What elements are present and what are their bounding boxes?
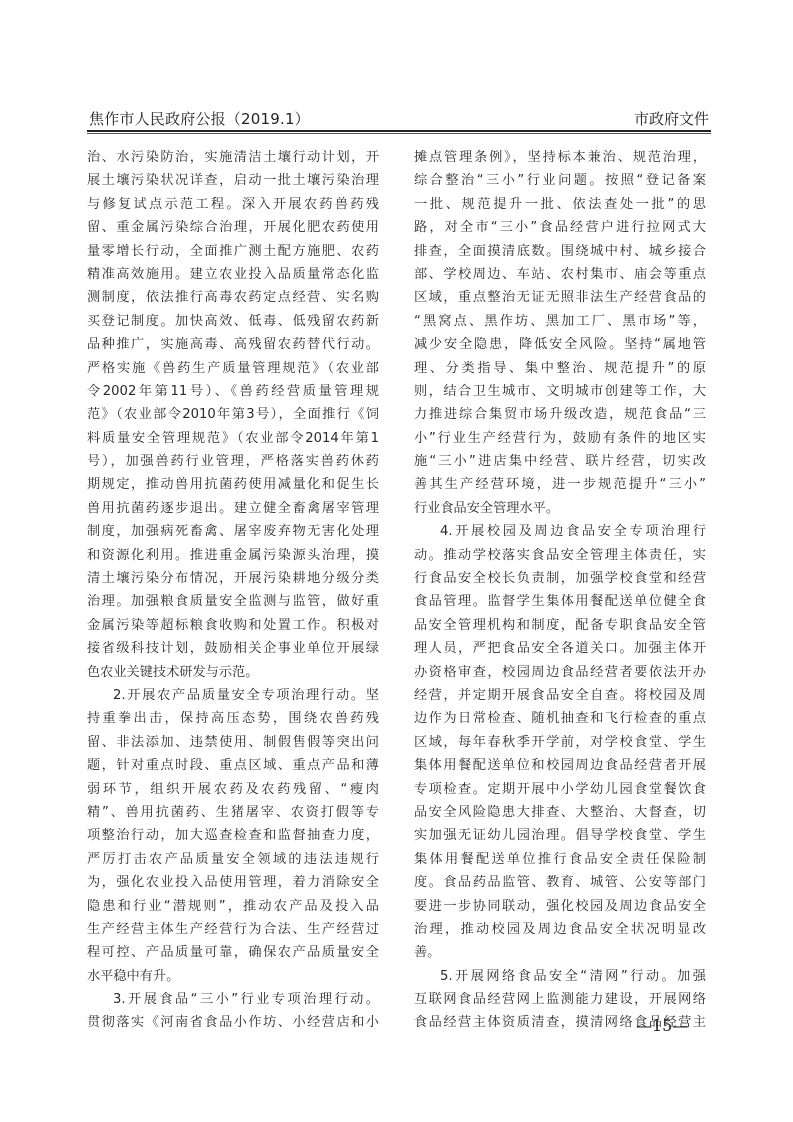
text-line: 度。食品药品监管、教育、城管、公安等部门	[414, 871, 706, 894]
text-line: 品种推广，实施高毒、高残留农药替代行动。	[87, 333, 379, 356]
text-line: 令2002年第11号）、《兽药经营质量管理规	[87, 380, 379, 403]
text-line: 排查，全面摸清底数。围绕城中村、城乡接合	[414, 240, 706, 263]
paragraph-heading-line: 4.开展校园及周边食品安全专项治理行	[414, 520, 706, 543]
paragraph-heading-line: 3.开展食品“三小”行业专项治理行动。	[87, 988, 379, 1011]
text-line: 贯彻落实《河南省食品小作坊、小经营店和小	[87, 1011, 379, 1034]
section-label: 市政府文件	[634, 108, 709, 129]
text-line: 品安全风险隐患大排查、大整治、大督查，切	[414, 801, 706, 824]
text-line: 食品管理。监督学生集体用餐配送单位健全食	[414, 590, 706, 613]
text-line: 严厉打击农产品质量安全领域的违法违规行	[87, 848, 379, 871]
text-line: 集体用餐配送单位和校园周边食品经营者开展	[414, 754, 706, 777]
text-line: 买登记制度。加快高效、低毒、低残留农药新	[87, 310, 379, 333]
text-line: 精”、兽用抗菌药、生猪屠宰、农资打假等专	[87, 801, 379, 824]
text-line: 理、分类指导、集中整治、规范提升”的原	[414, 357, 706, 380]
text-line: 量零增长行动，全面推广测土配方施肥、农药	[87, 240, 379, 263]
text-line: 隐患和行业“潜规则”，推动农产品及投入品	[87, 895, 379, 918]
text-line: 测制度，依法推行高毒农药定点经营、实名购	[87, 286, 379, 309]
text-line: 留、非法添加、违禁使用、制假售假等突出问	[87, 731, 379, 754]
right-column: 摊点管理条例》，坚持标本兼治、规范治理，综合整治“三小”行业问题。按照“登记备案…	[414, 146, 706, 1035]
text-line: 兽用抗菌药逐步退出。建立健全畜禽屠宰管理	[87, 497, 379, 520]
text-line: 行食品安全校长负责制，加强学校食堂和经营	[414, 567, 706, 590]
header-rule	[87, 130, 711, 132]
text-line: 留、重金属污染综合治理，开展化肥农药使用	[87, 216, 379, 239]
text-line: 严格实施《兽药生产质量管理规范》（农业部	[87, 357, 379, 380]
running-header: 焦作市人民政府公报（2019.1） 市政府文件	[87, 106, 711, 130]
header-rule-thin	[87, 133, 711, 134]
text-line: 集体用餐配送单位推行食品安全责任保险制	[414, 848, 706, 871]
text-line: 品安全管理机构和制度，配备专职食品安全管	[414, 614, 706, 637]
text-line: 善。	[414, 941, 706, 964]
text-line: “黑窝点、黑作坊、黑加工厂、黑市场”等，	[414, 310, 706, 333]
text-line: 治理，推动校园及周边食品安全状况明显改	[414, 918, 706, 941]
text-line: 弱环节，组织开展农药及农药残留、“瘦肉	[87, 778, 379, 801]
text-line: 色农业关键技术研发与示范。	[87, 661, 379, 684]
text-line: 程可控、产品质量可靠，确保农产品质量安全	[87, 941, 379, 964]
text-line: 一批、规范提升一批、依法查处一批”的思	[414, 193, 706, 216]
text-line: 区域，重点整治无证无照非法生产经营食品的	[414, 286, 706, 309]
text-line: 办资格审查，校园周边食品经营者要依法开办	[414, 661, 706, 684]
text-line: 项整治行动，加大巡查检查和监督抽查力度，	[87, 824, 379, 847]
text-line: 水平稳中有升。	[87, 965, 379, 988]
text-line: 小”行业生产经营行为，鼓励有条件的地区实	[414, 427, 706, 450]
text-line: 动。推动学校落实食品安全管理主体责任，实	[414, 544, 706, 567]
text-line: 范》（农业部令2010年第3号），全面推行《饲	[87, 403, 379, 426]
text-line: 善其生产经营环境，进一步规范提升“三小”	[414, 473, 706, 496]
text-line: 经营，并定期开展食品安全自查。将校园及周	[414, 684, 706, 707]
text-line: 治理。加强粮食质量安全监测与监管，做好重	[87, 590, 379, 613]
text-line: 部、学校周边、车站、农村集市、庙会等重点	[414, 263, 706, 286]
paragraph-heading-line: 5.开展网络食品安全“清网”行动。加强	[414, 965, 706, 988]
paragraph-heading-line: 2.开展农产品质量安全专项治理行动。坚	[87, 684, 379, 707]
text-line: 展土壤污染状况详查，启动一批土壤污染治理	[87, 169, 379, 192]
text-line: 精准高效施用。建立农业投入品质量常态化监	[87, 263, 379, 286]
text-line: 号），加强兽药行业管理，严格落实兽药休药	[87, 450, 379, 473]
page-number: —15—	[636, 1016, 688, 1035]
text-line: 路，对全市“三小”食品经营户进行拉网式大	[414, 216, 706, 239]
text-line: 期规定，推动兽用抗菌药使用减量化和促生长	[87, 473, 379, 496]
journal-title: 焦作市人民政府公报（2019.1）	[89, 108, 310, 129]
text-line: 金属污染等超标粮食收购和处置工作。积极对	[87, 614, 379, 637]
text-line: 题，针对重点时段、重点区域、重点产品和薄	[87, 754, 379, 777]
text-line: 实加强无证幼儿园治理。倡导学校食堂、学生	[414, 824, 706, 847]
text-line: 与修复试点示范工程。深入开展农药兽药残	[87, 193, 379, 216]
text-line: 则，结合卫生城市、文明城市创建等工作，大	[414, 380, 706, 403]
text-line: 生产经营主体生产经营行为合法、生产经营过	[87, 918, 379, 941]
text-line: 综合整治“三小”行业问题。按照“登记备案	[414, 169, 706, 192]
text-line: 专项检查。定期开展中小学幼儿园食堂餐饮食	[414, 778, 706, 801]
text-line: 互联网食品经营网上监测能力建设，开展网络	[414, 988, 706, 1011]
text-line: 持重拳出击，保持高压态势，围绕农兽药残	[87, 707, 379, 730]
text-line: 治、水污染防治，实施清洁土壤行动计划，开	[87, 146, 379, 169]
text-line: 为，强化农业投入品使用管理，着力消除安全	[87, 871, 379, 894]
text-line: 理人员，严把食品安全各道关口。加强主体开	[414, 637, 706, 660]
text-line: 边作为日常检查、随机抽查和飞行检查的重点	[414, 707, 706, 730]
text-line: 减少安全隐患，降低安全风险。坚持“属地管	[414, 333, 706, 356]
text-line: 制度，加强病死畜禽、屠宰废弃物无害化处理	[87, 520, 379, 543]
text-line: 施“三小”进店集中经营、联片经营，切实改	[414, 450, 706, 473]
text-line: 摊点管理条例》，坚持标本兼治、规范治理，	[414, 146, 706, 169]
text-line: 和资源化利用。推进重金属污染源头治理，摸	[87, 544, 379, 567]
text-line: 接省级科技计划，鼓励相关企事业单位开展绿	[87, 637, 379, 660]
left-column: 治、水污染防治，实施清洁土壤行动计划，开展土壤污染状况详查，启动一批土壤污染治理…	[87, 146, 379, 1035]
text-line: 区域，每年春秋季开学前，对学校食堂、学生	[414, 731, 706, 754]
text-line: 力推进综合集贸市场升级改造，规范食品“三	[414, 403, 706, 426]
text-line: 要进一步协同联动，强化校园及周边食品安全	[414, 895, 706, 918]
text-line: 清土壤污染分布情况，开展污染耕地分级分类	[87, 567, 379, 590]
text-line: 料质量安全管理规范》（农业部令2014年第1	[87, 427, 379, 450]
text-line: 行业食品安全管理水平。	[414, 497, 706, 520]
